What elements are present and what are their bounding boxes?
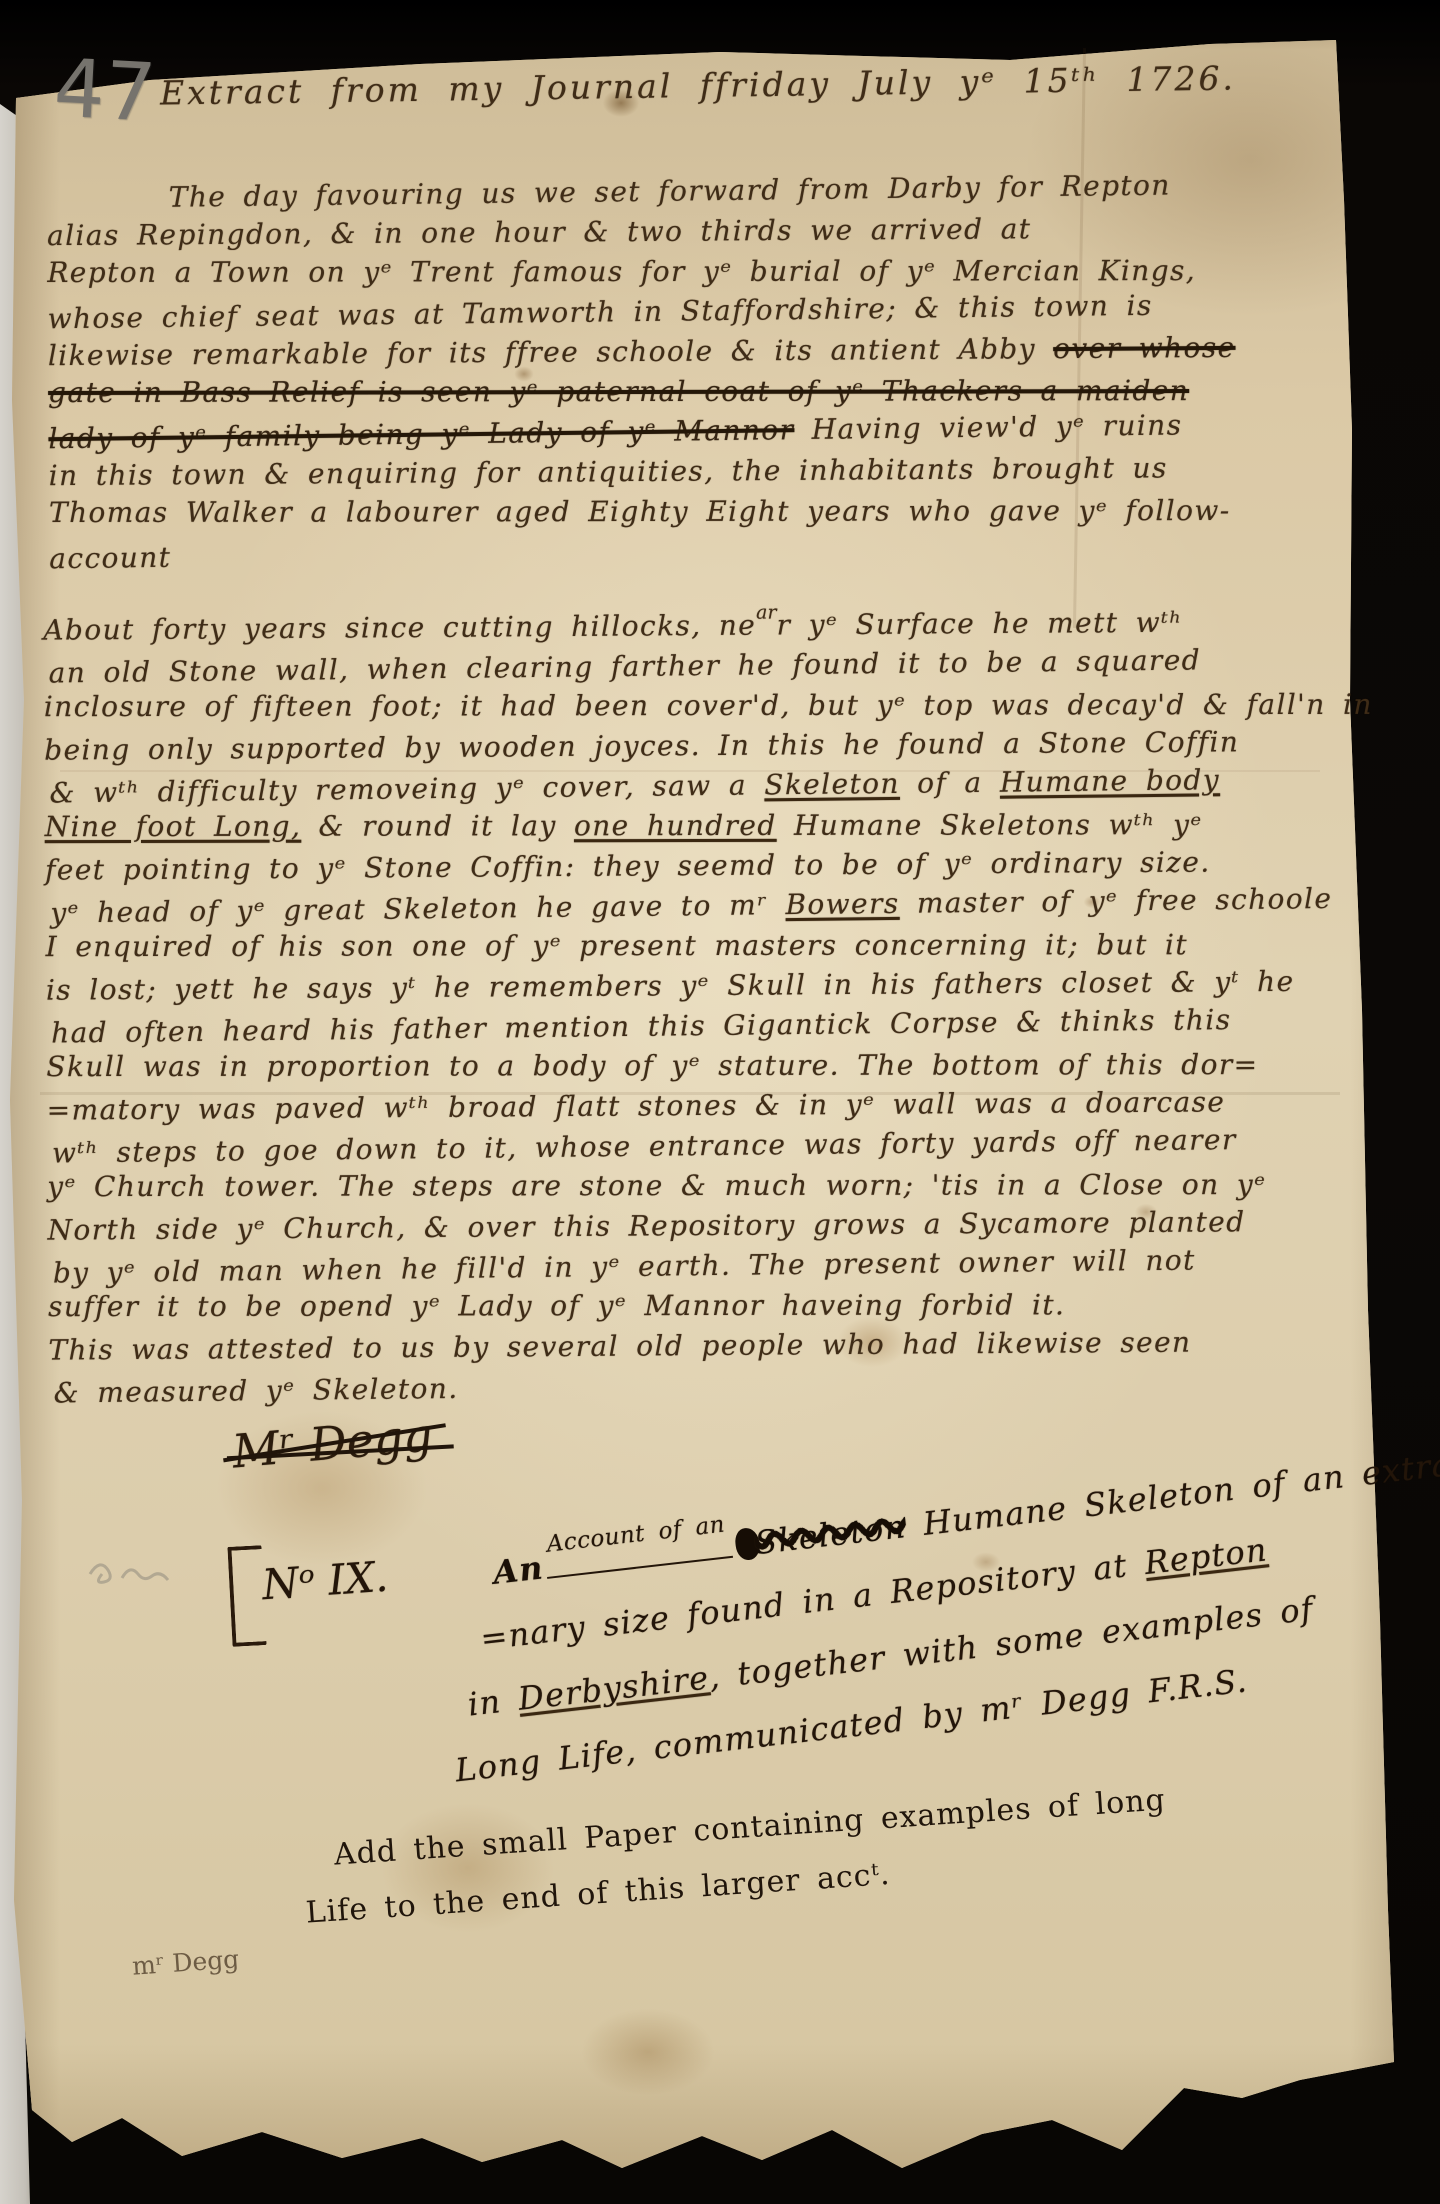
p2-line-1-insertion: ar [756,593,777,633]
p2-line-5-underlined-humane-body: Humane body [1000,763,1220,798]
p2-line-9: I enquired of his son one of yᵉ present … [46,925,1375,967]
docket-scribbled-word: Skeleton [753,1507,908,1562]
p2-line-6-text-a: & round it lay [301,809,574,842]
pencil-scribble [86,1548,182,1594]
p2-line-6-text-b: Humane Skeletons wᵗʰ yᵉ [777,808,1203,842]
p2-line-3: inclosure of fifteen foot; it had been c… [44,685,1373,727]
folio-number: 47 [52,41,159,139]
p2-line-5-text-a: & wᵗʰ difficulty removeing yᵉ cover, saw… [49,768,764,809]
docket-an: An [491,1548,545,1591]
p2-line-1-text-b: r yᵉ Surface he mett wᵗʰ [776,606,1183,642]
p2-line-6-underlined-nine-foot: Nine foot Long, [45,810,302,843]
docket-line-3-text-a: in [466,1680,521,1723]
manuscript-scan: 47 Extract from my Journal ffriday July … [0,0,1440,2204]
p2-line-1-text-a: About forty years since cutting hillocks… [43,609,756,647]
p2-line-18: suffer it to be opend yᵉ Lady of yᵉ Mann… [48,1285,1377,1327]
p2-line-6: Nine foot Long, & round it lay one hundr… [45,805,1374,847]
p2-line-5-text-b: of a [900,766,1000,800]
p2-line-12: Skull was in proportion to a body of yᵉ … [46,1045,1375,1087]
paragraph-journey: The day favouring us we set forward from… [47,168,1237,576]
p1-line-7-text: Having view'd yᵉ ruins [794,408,1182,446]
p1-line-5-text: likewise remarkable for its ffree school… [48,332,1054,372]
p2-line-15: yᵉ Church tower. The steps are stone & m… [47,1165,1376,1207]
p2-line-5-underlined-skeleton: Skeleton [764,767,900,802]
p1-line-7-deleted-text: lady of yᵉ family being yᵉ Lady of yᵉ Ma… [48,413,794,455]
docket-underlined-derbyshire: Derbyshire [516,1658,711,1717]
p2-line-6-underlined-one-hundred: one hundred [574,809,777,842]
p2-line-8-text-a: yᵉ head of yᵉ great Skeleton he gave to … [50,888,785,929]
docket-number: Nᵒ IX. [260,1552,389,1610]
docket-underlined-repton: Repton [1143,1530,1270,1582]
p2-line-8-text-b: master of yᵉ free schoole [899,882,1332,920]
p2-line-8-underlined-bowers: Bowers [785,887,899,921]
paragraph-skeleton-account: About forty years since cutting hillocks… [43,601,1377,1410]
p1-line-5-deleted-text: over whose [1053,331,1236,365]
